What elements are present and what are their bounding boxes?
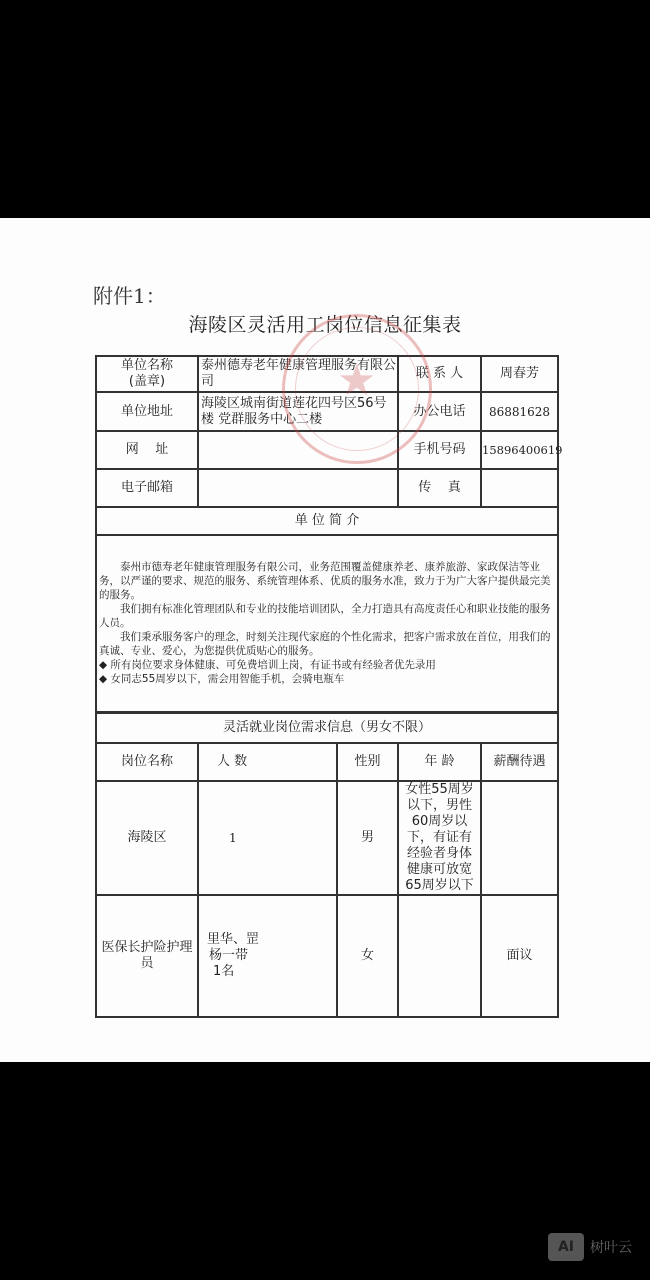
job-count: 1 <box>198 781 337 895</box>
office-phone-value: 86881628 <box>481 392 558 431</box>
contact-value: 周春芳 <box>481 356 558 392</box>
company-seal-stamp: ★ <box>282 314 432 464</box>
ai-image-icon: AI <box>548 1233 584 1261</box>
job-gender: 男 <box>337 781 398 895</box>
watermark: AI 树叶云 <box>548 1233 632 1261</box>
table-row: 医保长护险护理员 里华、罡 杨一带 1名 女 面议 <box>96 895 558 1017</box>
website-label: 网 址 <box>96 431 198 469</box>
fax-label: 传 真 <box>398 469 481 507</box>
column-header-position: 岗位名称 <box>96 743 198 781</box>
email-value <box>198 469 398 507</box>
intro-paragraph: 我们拥有标准化管理团队和专业的技能培训团队，全力打造具有高度责任心和职业技能的服… <box>99 602 555 630</box>
company-name-label: 单位名称(盖章) <box>96 356 198 392</box>
intro-bullet: ◆ 女同志55周岁以下，需会用智能手机，会骑电瓶车 <box>99 672 555 686</box>
column-header-salary: 薪酬待遇 <box>481 743 558 781</box>
job-position: 海陵区 <box>96 781 198 895</box>
job-age <box>398 895 481 1017</box>
intro-body: 泰州市德寿老年健康管理服务有限公司，业务范围覆盖健康养老、康养旅游、家政保洁等业… <box>96 535 558 712</box>
star-icon: ★ <box>337 359 376 403</box>
job-salary: 面议 <box>481 895 558 1017</box>
column-header-count: 人 数 <box>198 743 337 781</box>
intro-paragraph: 泰州市德寿老年健康管理服务有限公司，业务范围覆盖健康养老、康养旅游、家政保洁等业… <box>99 560 555 602</box>
column-header-age: 年 龄 <box>398 743 481 781</box>
intro-paragraph: 我们秉承服务客户的理念，时刻关注现代家庭的个性化需求，把客户需求放在首位，用我们… <box>99 630 555 658</box>
jobs-table: 灵活就业岗位需求信息（男女不限） 岗位名称 人 数 性别 年 龄 薪酬待遇 海陵… <box>95 712 559 1018</box>
job-salary <box>481 781 558 895</box>
intro-header: 单 位 简 介 <box>96 507 558 535</box>
job-gender: 女 <box>337 895 398 1017</box>
job-position: 医保长护险护理员 <box>96 895 198 1017</box>
jobs-header: 灵活就业岗位需求信息（男女不限） <box>96 713 558 743</box>
email-label: 电子邮箱 <box>96 469 198 507</box>
address-label: 单位地址 <box>96 392 198 431</box>
job-age: 女性55周岁以下，男性60周岁以下，有证有经验者身体健康可放宽65周岁以下 <box>398 781 481 895</box>
fax-value <box>481 469 558 507</box>
document-page: 附件1： 海陵区灵活用工岗位信息征集表 单位名称(盖章) 泰州德寿老年健康管理服… <box>0 218 650 1062</box>
intro-bullet: ◆ 所有岗位要求身体健康、可免费培训上岗，有证书或有经验者优先录用 <box>99 658 555 672</box>
job-count: 里华、罡 杨一带 1名 <box>198 895 337 1017</box>
column-header-gender: 性别 <box>337 743 398 781</box>
mobile-value: 15896400619 <box>481 431 558 469</box>
attachment-label: 附件1： <box>93 280 166 309</box>
table-row: 海陵区 1 男 女性55周岁以下，男性60周岁以下，有证有经验者身体健康可放宽6… <box>96 781 558 895</box>
watermark-text: 树叶云 <box>590 1237 632 1257</box>
